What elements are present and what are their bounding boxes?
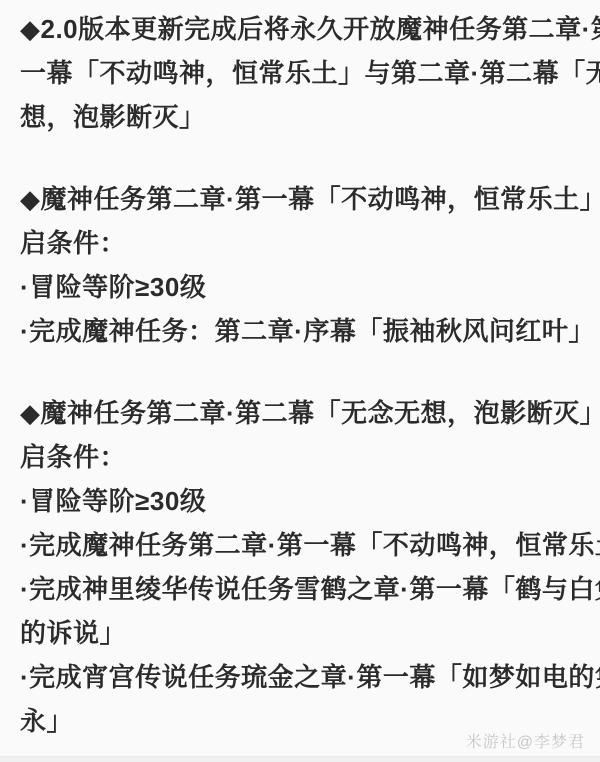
update-notes-page: ◆2.0版本更新完成后将永久开放魔神任务第二章·第 一幕「不动鸣神，恒常乐土」与… xyxy=(0,0,600,743)
condition-item: ·完成宵宫传说任务琉金之章·第一幕「如梦如电的隽 xyxy=(20,655,580,699)
condition-item: ·完成魔神任务第二章·第一幕「不动鸣神，恒常乐土」 xyxy=(20,523,580,567)
section-act1-conditions: ◆魔神任务第二章·第一幕「不动鸣神，恒常乐土」开 启条件： ·冒险等阶≥30级 … xyxy=(20,177,580,353)
bottom-divider xyxy=(0,756,600,762)
text-line: ◆2.0版本更新完成后将永久开放魔神任务第二章·第 xyxy=(20,7,580,51)
condition-item: ·完成神里绫华传说任务雪鹤之章·第一幕「鹤与白兔 xyxy=(20,567,580,611)
text-line: 一幕「不动鸣神，恒常乐土」与第二章·第二幕「无念无 xyxy=(20,51,580,95)
notes-content: ◆2.0版本更新完成后将永久开放魔神任务第二章·第 一幕「不动鸣神，恒常乐土」与… xyxy=(0,0,600,743)
text-line: 想，泡影断灭」 xyxy=(20,95,580,139)
watermark: 米游社@李梦君 xyxy=(466,729,585,752)
section-version-announcement: ◆2.0版本更新完成后将永久开放魔神任务第二章·第 一幕「不动鸣神，恒常乐土」与… xyxy=(20,7,580,139)
condition-item: ·冒险等阶≥30级 xyxy=(20,265,580,309)
condition-item-continuation: 的诉说」 xyxy=(20,611,580,655)
section-heading-line: ◆魔神任务第二章·第二幕「无念无想，泡影断灭」开 xyxy=(20,391,580,435)
condition-item: ·冒险等阶≥30级 xyxy=(20,479,580,523)
section-heading-line: 启条件： xyxy=(20,435,580,479)
section-heading-line: ◆魔神任务第二章·第一幕「不动鸣神，恒常乐土」开 xyxy=(20,177,580,221)
section-heading-line: 启条件： xyxy=(20,221,580,265)
section-act2-conditions: ◆魔神任务第二章·第二幕「无念无想，泡影断灭」开 启条件： ·冒险等阶≥30级 … xyxy=(20,391,580,743)
condition-item: ·完成魔神任务：第二章·序幕「振袖秋风问红叶」 xyxy=(20,309,580,353)
